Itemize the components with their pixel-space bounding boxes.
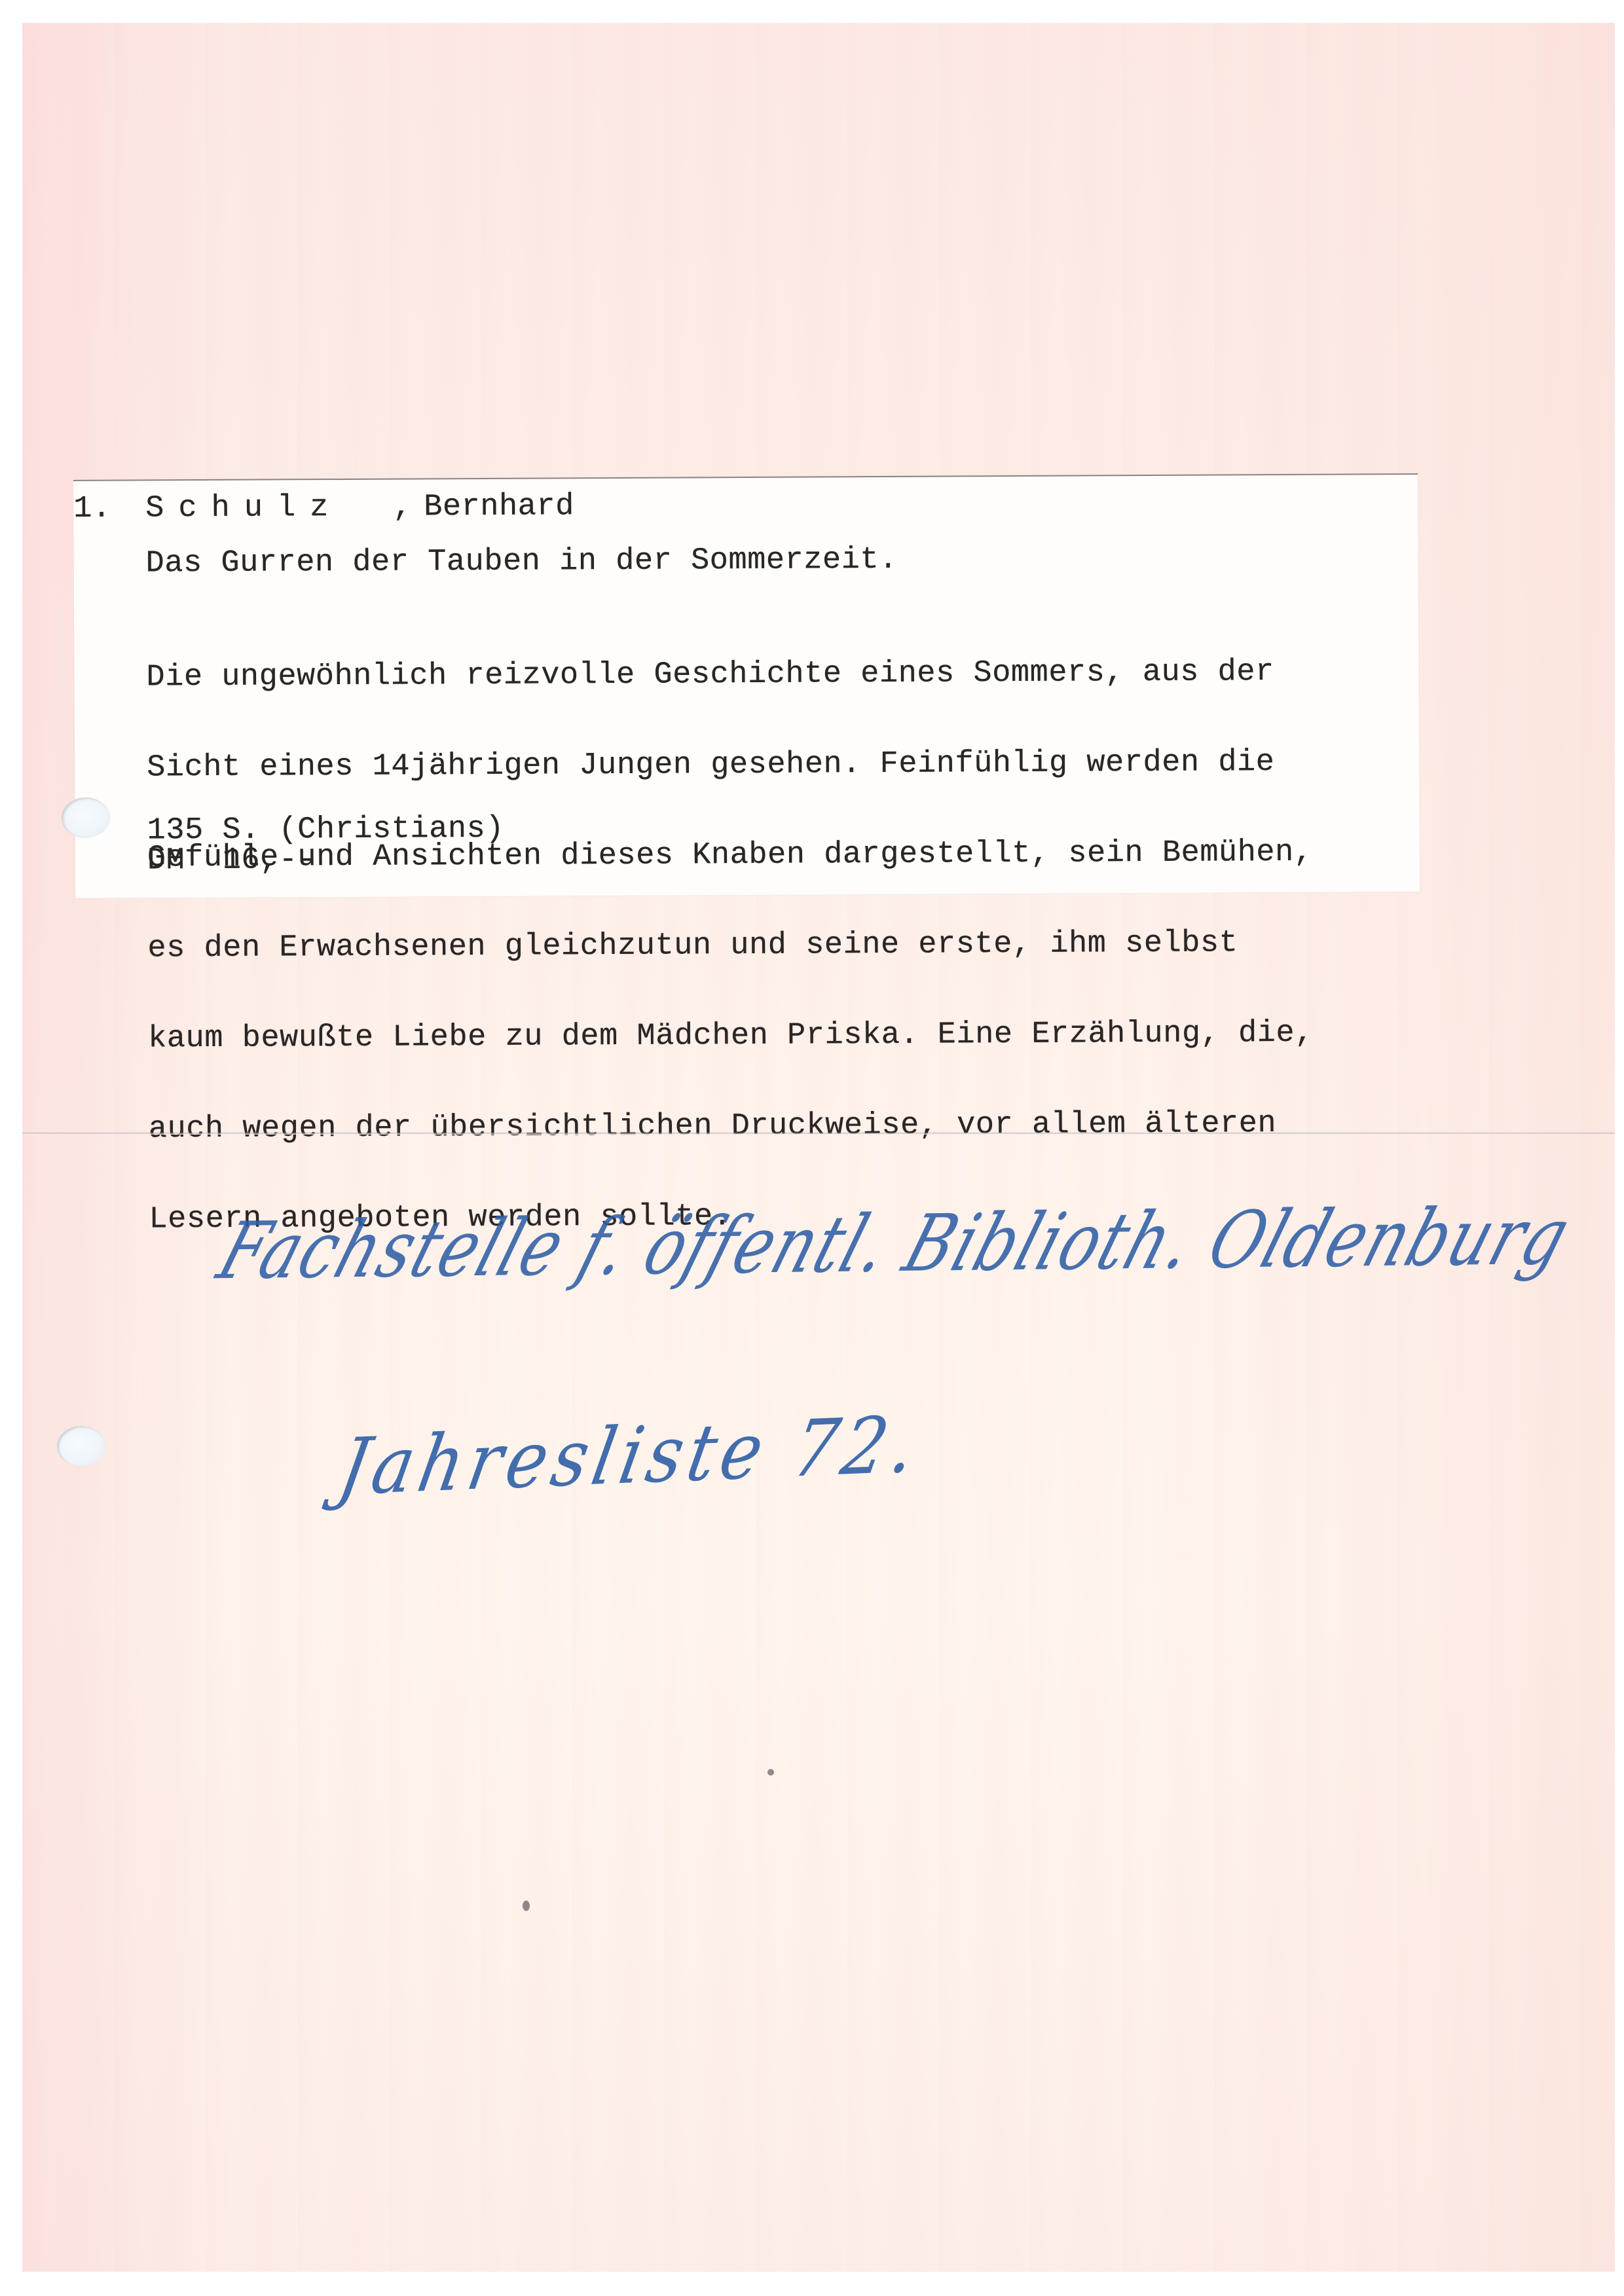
description-line: kaum bewußte Liebe zu dem Mädchen Priska… <box>148 1019 1314 1055</box>
description-line: auch wegen der übersichtlichen Druckweis… <box>149 1109 1314 1145</box>
handwritten-note-institution: Fachstelle f. öffentl. Biblioth. Oldenbu… <box>208 1191 1581 1297</box>
punch-hole <box>57 1426 105 1467</box>
entry-number: 1. <box>73 494 111 524</box>
paper-speck <box>523 1901 530 1911</box>
review-slip: 1. Schulz , Bernhard Das Gurren der Taub… <box>73 473 1420 898</box>
punch-hole <box>62 797 110 838</box>
author-given-name: Bernhard <box>424 492 574 522</box>
book-title: Das Gurren der Tauben in der Sommerzeit. <box>146 545 898 579</box>
paper-speck <box>767 1769 774 1776</box>
description-line: Die ungewöhnlich reizvolle Geschichte ei… <box>146 657 1312 693</box>
author-surname: Schulz <box>145 493 342 524</box>
author-separator: , <box>393 492 412 522</box>
price: DM 16,-- <box>147 845 317 876</box>
book-description: Die ungewöhnlich reizvolle Geschichte ei… <box>146 597 1315 1296</box>
fold-crease <box>22 1132 1615 1135</box>
pages-publisher: 135 S. (Christians) <box>147 814 505 847</box>
description-line: es den Erwachsenen gleichzutun und seine… <box>147 928 1313 964</box>
description-line: Sicht eines 14jährigen Jungen gesehen. F… <box>147 748 1312 784</box>
